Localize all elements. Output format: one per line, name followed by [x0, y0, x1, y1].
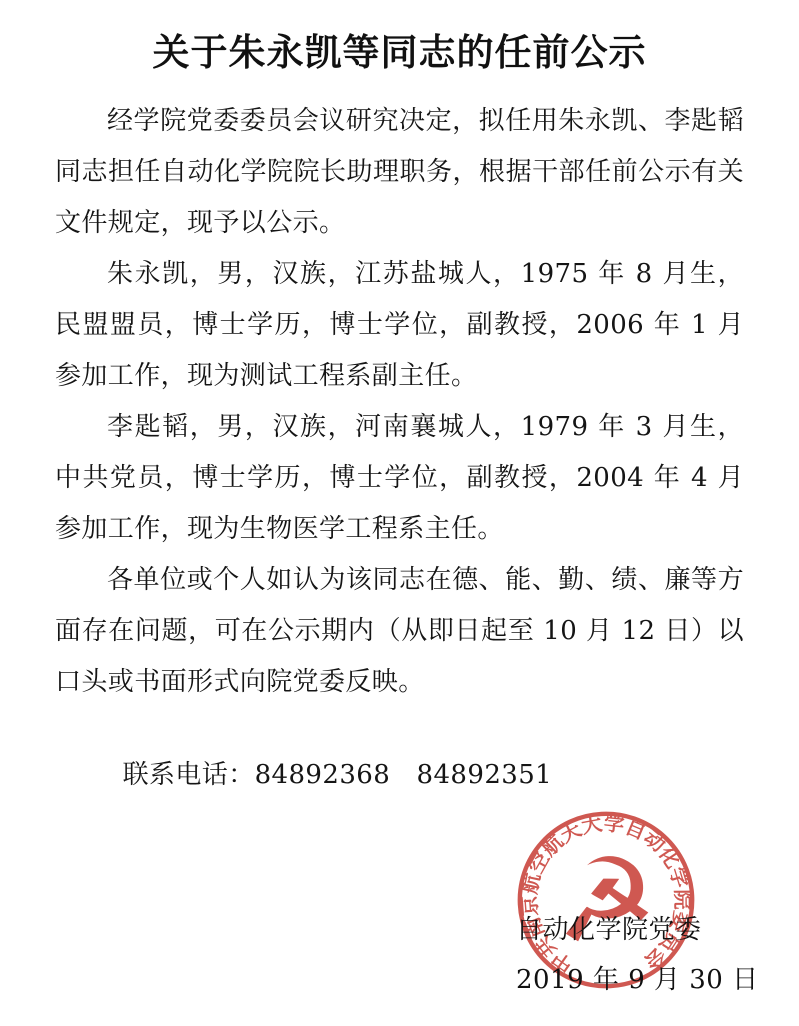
contact-phone-numbers: 84892368 84892351: [255, 760, 552, 790]
contact-label: 联系电话：: [123, 760, 255, 790]
page-title: 关于朱永凯等同志的任前公示: [0, 22, 799, 76]
paragraph-zhu-yongkai: 朱永凯，男，汉族，江苏盐城人，1975 年 8 月生，民盟盟员，博士学历，博士学…: [55, 249, 744, 402]
signature-line: 自动化学院党委: [516, 905, 759, 955]
document-body: 经学院党委委员会议研究决定，拟任用朱永凯、李匙韬同志担任自动化学院院长助理职务，…: [55, 96, 744, 801]
paragraph-intro: 经学院党委委员会议研究决定，拟任用朱永凯、李匙韬同志担任自动化学院院长助理职务，…: [55, 96, 744, 249]
date-line: 2019 年 9 月 30 日: [516, 955, 759, 1005]
contact-line: 联系电话：84892368 84892351: [55, 750, 744, 801]
document-page: 关于朱永凯等同志的任前公示 经学院党委委员会议研究决定，拟任用朱永凯、李匙韬同志…: [0, 0, 799, 1026]
signature-block: 自动化学院党委 2019 年 9 月 30 日: [516, 905, 759, 1005]
paragraph-feedback-notice: 各单位或个人如认为该同志在德、能、勤、绩、廉等方面存在问题，可在公示期内（从即日…: [55, 555, 744, 708]
paragraph-li-chitao: 李匙韬，男，汉族，河南襄城人，1979 年 3 月生，中共党员，博士学历，博士学…: [55, 402, 744, 555]
